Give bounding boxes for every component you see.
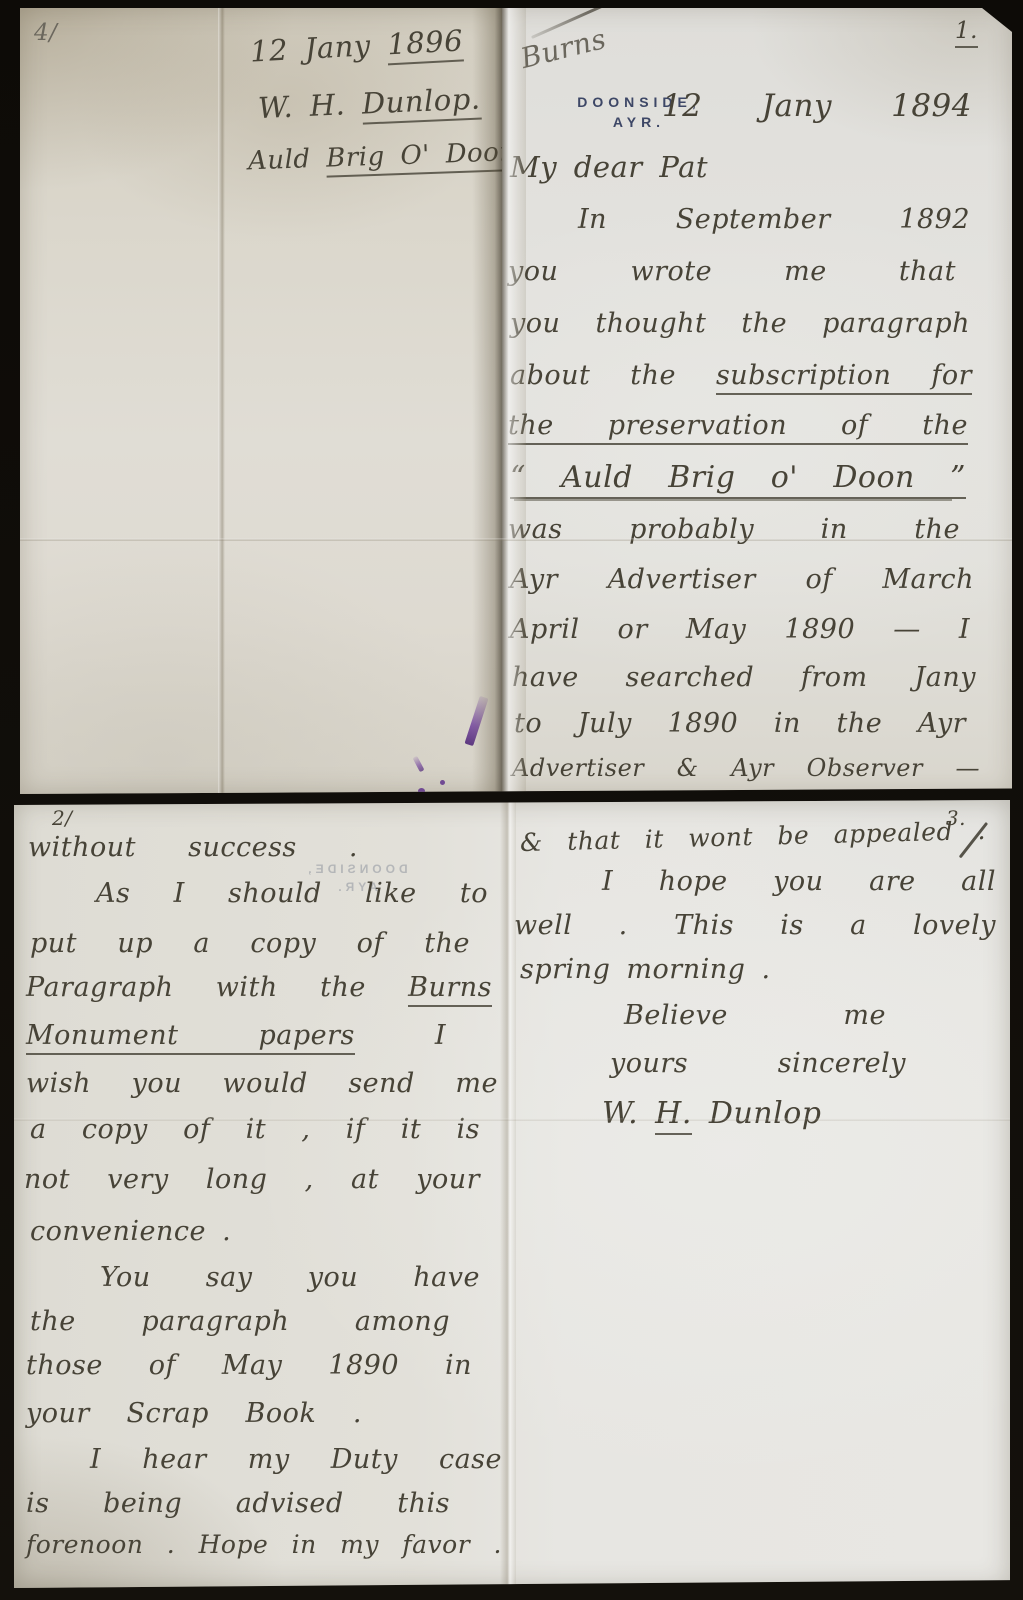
- letter-line: April or May 1890 — I: [510, 614, 970, 646]
- fold-crease: [14, 1118, 1010, 1121]
- letter-line: Believe me: [624, 1000, 886, 1032]
- page-three: 3. & that it wont be appealed . I hope y…: [506, 800, 1010, 1588]
- letter-scan-photograph: 4/ 12 Jany 1896 W. H. Dunlop. Auld Brig …: [0, 0, 1023, 1600]
- letter-line: forenoon . Hope in my favor .: [26, 1530, 502, 1560]
- letter-line: your Scrap Book .: [26, 1398, 362, 1430]
- fold-crease: [218, 8, 225, 794]
- letter-line: Advertiser & Ayr Observer —: [512, 754, 980, 783]
- letter-line: have searched from Jany: [512, 662, 976, 694]
- letter-line: wish you would send me: [26, 1068, 498, 1100]
- docket-line: Auld Brig O' Doon: [248, 138, 501, 178]
- letter-line: you wrote me that: [508, 256, 956, 288]
- letter-line: Ayr Advertiser of March: [510, 564, 974, 596]
- scan-top: 4/ 12 Jany 1896 W. H. Dunlop. Auld Brig …: [20, 8, 1012, 794]
- letter-line: to July 1890 in the Ayr: [514, 708, 966, 740]
- fold-crease: [20, 538, 1012, 541]
- fold-crease: [500, 800, 516, 1588]
- letter-line: about the subscription for: [510, 360, 972, 392]
- page-number: 4/: [34, 20, 57, 48]
- page-two: 2/ DOONSIDE, AYR. without success . As I…: [14, 800, 506, 1588]
- signature-line: W. H. Dunlop: [602, 1096, 821, 1132]
- letter-line: spring morning .: [520, 954, 771, 986]
- letter-line: without success .: [28, 832, 358, 864]
- letter-line: put up a copy of the: [30, 928, 470, 960]
- letter-line: well . This is a lovely: [514, 910, 996, 942]
- salutation: My dear Pat: [510, 150, 708, 185]
- ink-smudge: [413, 756, 425, 772]
- ink-smudge: [418, 788, 425, 794]
- letter-line: you thought the paragraph: [510, 308, 970, 340]
- letter-line: those of May 1890 in: [26, 1350, 472, 1382]
- letter-line: In September 1892: [578, 204, 970, 236]
- letter-line: yours sincerely: [610, 1048, 906, 1080]
- letter-line: “ Auld Brig o' Doon ”: [510, 460, 966, 496]
- letter-line: convenience .: [30, 1216, 231, 1248]
- letter-line: I hope you are all: [602, 866, 996, 898]
- letter-line: I hear my Duty case: [90, 1444, 502, 1476]
- ink-smudge: [440, 780, 445, 785]
- date-line: 12 Jany 1894: [662, 88, 972, 125]
- burns-annotation: Burns: [517, 22, 609, 76]
- page-number: 1.: [955, 18, 978, 46]
- letter-line: As I should like to: [96, 878, 488, 910]
- fold-crease: [472, 8, 526, 794]
- letter-line: the paragraph among: [30, 1306, 450, 1338]
- letter-line: Monument papers I: [26, 1020, 446, 1052]
- page-one: Burns 1. DOONSIDE, AYR. 12 Jany 1894 My …: [502, 8, 1012, 794]
- letter-line: is being advised this: [26, 1488, 450, 1520]
- letter-line: not very long , at your: [24, 1164, 480, 1196]
- letter-line: Paragraph with the Burns: [26, 972, 492, 1004]
- docket-line: 12 Jany 1896: [249, 21, 502, 69]
- letter-line: was probably in the: [508, 514, 960, 546]
- docket-line: W. H. Dunlop.: [257, 81, 496, 126]
- page-number: 2/: [52, 806, 72, 830]
- letter-line: the preservation of the: [508, 410, 968, 442]
- letter-line: & that it wont be appealed .: [520, 816, 987, 858]
- letter-line: You say you have: [100, 1262, 480, 1294]
- scan-bottom: 2/ DOONSIDE, AYR. without success . As I…: [14, 800, 1010, 1588]
- page-four: 4/ 12 Jany 1896 W. H. Dunlop. Auld Brig …: [20, 8, 502, 794]
